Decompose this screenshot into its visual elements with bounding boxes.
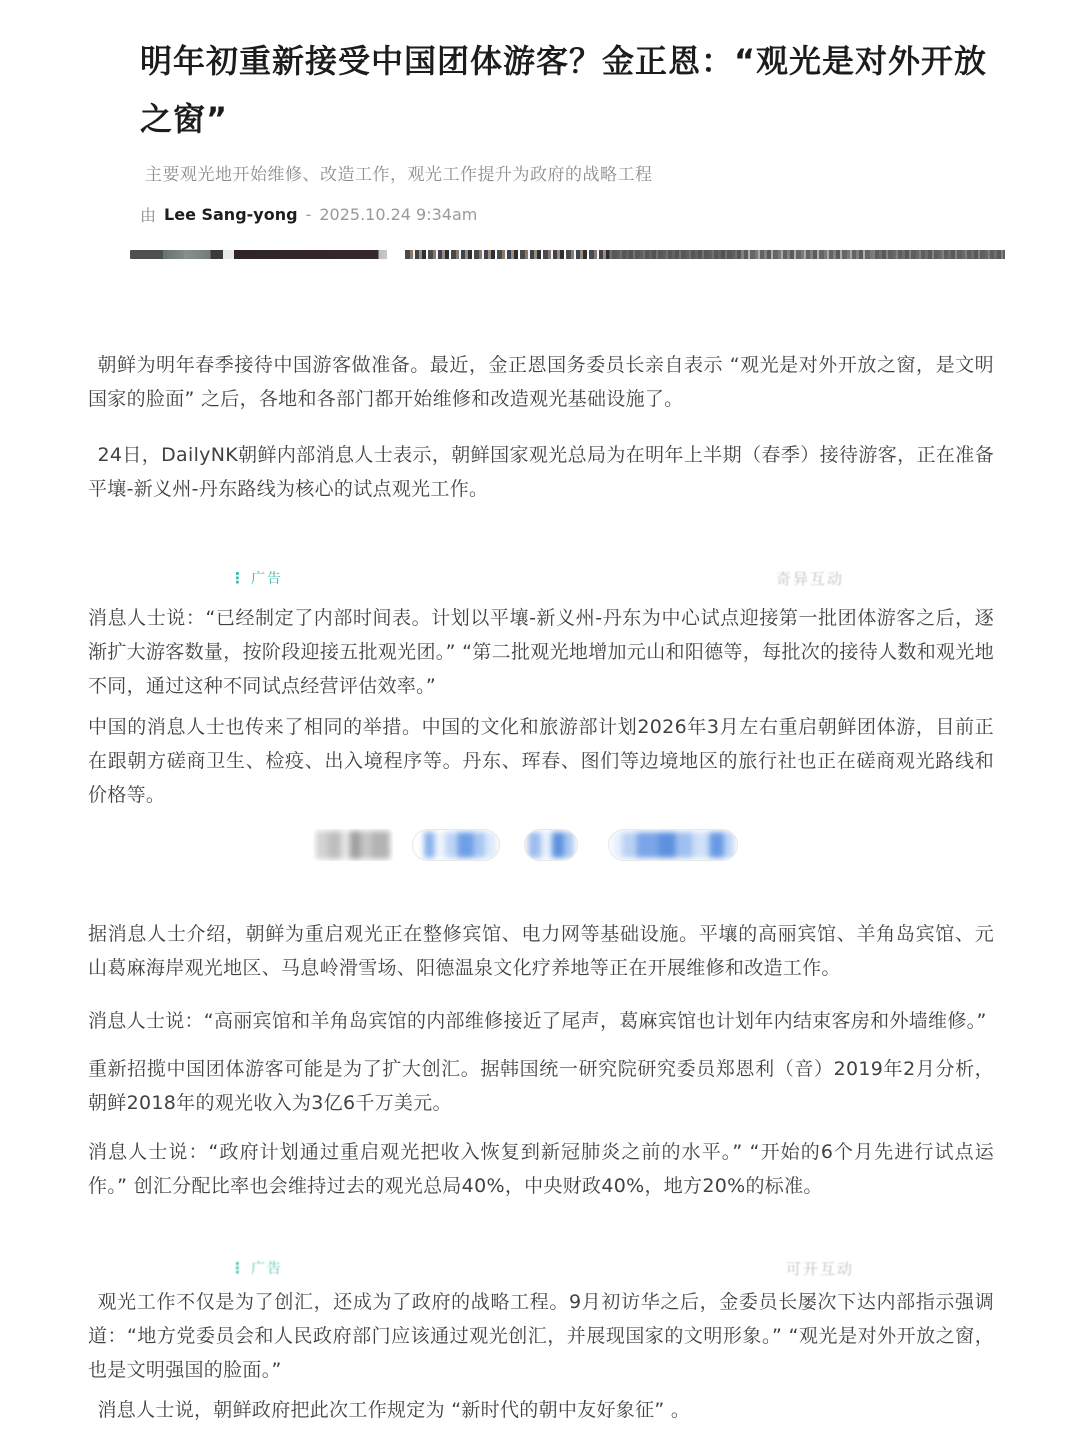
article-header: 明年初重新接受中国团体游客？金正恩：“观光是对外开放之窗” 主要观光地开始维修、… [0,32,1080,226]
byline-prefix: 由 [140,203,156,226]
share-button-4[interactable] [608,829,738,861]
collapsed-article-image [130,250,1005,259]
share-buttons-row [88,827,994,863]
ad-slot-2: ⋮ 广告 可开互动 [88,1258,994,1278]
article-paragraph-9: 观光工作不仅是为了创汇，还成为了政府的战略工程。9月初访华之后，金委员长屡次下达… [88,1285,994,1387]
article-paragraph-3: 消息人士说：“已经制定了内部时间表。计划以平壤-新义州-丹东为中心试点迎接第一批… [88,601,994,703]
article-subtitle: 主要观光地开始维修、改造工作，观光工作提升为政府的战略工程 [145,160,1000,185]
byline: 由 Lee Sang-yong - 2025.10.24 9:34am [140,203,1000,226]
article-body: 朝鲜为明年春季接待中国游客做准备。最近，金正恩国务委员长亲自表示 “观光是对外开… [0,348,1080,1427]
share-button-2[interactable] [412,829,500,861]
ad-choices-button[interactable]: ⋮ 广告 [230,1258,283,1278]
article-paragraph-8: 消息人士说：“政府计划通过重启观光把收入恢复到新冠肺炎之前的水平。” “开始的6… [88,1135,994,1203]
ad-label-text: 广告 [251,568,283,588]
article-paragraph-6: 消息人士说：“高丽宾馆和羊角岛宾馆的内部维修接近了尾声，葛麻宾馆也计划年内结束客… [88,1004,994,1038]
article-paragraph-1: 朝鲜为明年春季接待中国游客做准备。最近，金正恩国务委员长亲自表示 “观光是对外开… [88,348,994,416]
share-button-1[interactable] [313,829,393,861]
ad-slot-1: ⋮ 广告 奇异互动 [88,568,994,588]
article-paragraph-5: 据消息人士介绍，朝鲜为重启观光正在整修宾馆、电力网等基础设施。平壤的高丽宾馆、羊… [88,917,994,985]
page-title: 明年初重新接受中国团体游客？金正恩：“观光是对外开放之窗” [140,32,1000,148]
byline-separator: - [306,205,312,224]
ad-choices-button[interactable]: ⋮ 广告 [230,568,283,588]
article-paragraph-10: 消息人士说，朝鲜政府把此次工作规定为 “新时代的朝中友好象征” 。 [88,1393,994,1427]
article-paragraph-7: 重新招揽中国团体游客可能是为了扩大创汇。据韩国统一研究院研究委员郑恩利（音）20… [88,1052,994,1120]
article-paragraph-2: 24日，DailyNK朝鲜内部消息人士表示，朝鲜国家观光总局为在明年上半期（春季… [88,438,994,506]
ad-options-icon[interactable]: ⋮ [230,1261,245,1276]
ad-provider-link[interactable]: 奇异互动 [776,568,844,589]
article-paragraph-4: 中国的消息人士也传来了相同的举措。中国的文化和旅游部计划2026年3月左右重启朝… [88,710,994,812]
share-button-3[interactable] [524,829,578,861]
ad-label-text: 广告 [251,1258,283,1278]
author-link[interactable]: Lee Sang-yong [164,205,298,224]
ad-options-icon[interactable]: ⋮ [230,571,245,586]
publish-date: 2025.10.24 9:34am [319,205,477,224]
ad-provider-link[interactable]: 可开互动 [786,1258,854,1279]
